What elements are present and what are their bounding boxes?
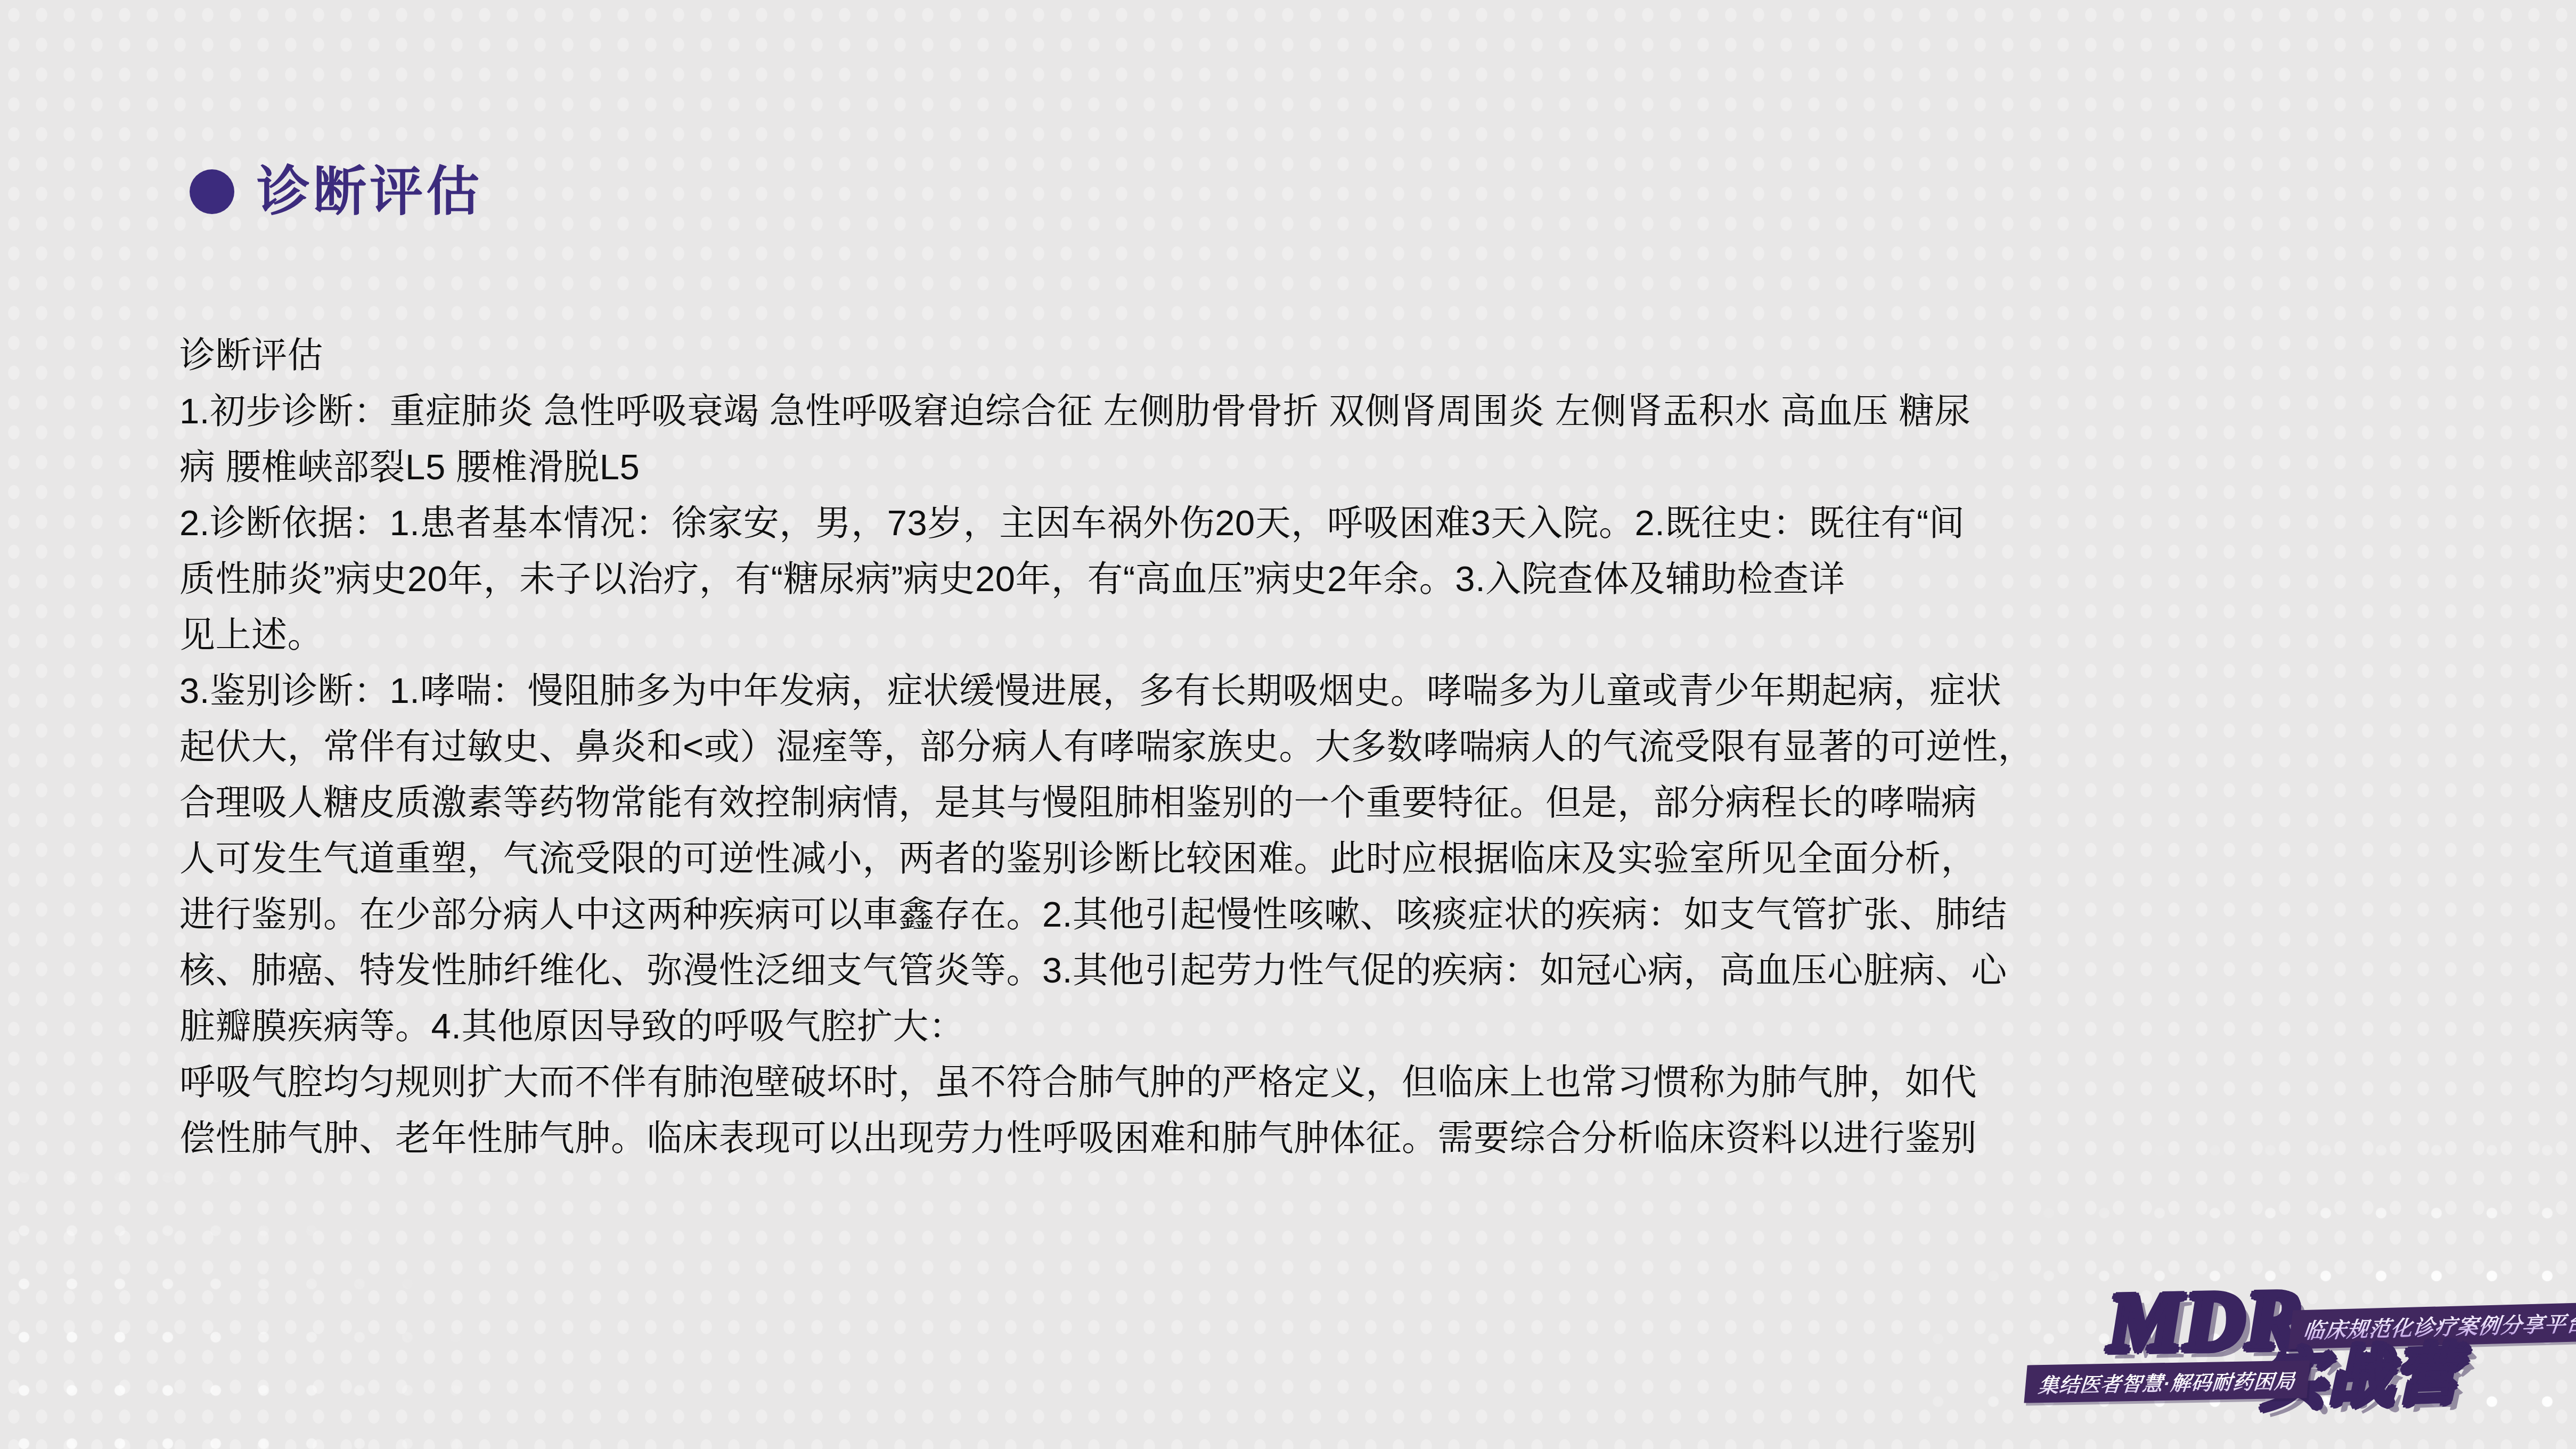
text-line: 起伏大，常伴有过敏史、鼻炎和<或）湿痓等，部分病人有哮喘家族史。大多数哮喘病人的… bbox=[179, 719, 2533, 775]
text-line: 2.诊断依据：1.患者基本情况：徐家安，男，73岁，主因车祸外伤20天，呼吸困难… bbox=[179, 495, 2533, 551]
text-line: 见上述。 bbox=[179, 607, 2533, 663]
text-line: 偿性肺气肿、老年性肺气肿。临床表现可以出现劳力性呼吸困难和肺气肿体征。需要综合分… bbox=[179, 1110, 2533, 1166]
text-line: 合理吸人糖皮质激素等药物常能有效控制病情，是其与慢阻肺相鉴别的一个重要特征。但是… bbox=[179, 775, 2533, 831]
halftone-dots-bottom-left bbox=[0, 1151, 479, 1449]
text-line: 3.鉴别诊断：1.哮喘：慢阻肺多为中年发病，症状缓慢进展，多有长期吸烟史。哮喘多… bbox=[179, 663, 2533, 719]
logo-tagline-bottom: 集结医者智慧·解码耐药困局 bbox=[2037, 1371, 2296, 1397]
text-line: 诊断评估 bbox=[179, 328, 2533, 383]
text-line: 人可发生气道重塑，气流受限的可逆性减小，两者的鉴别诊断比较困难。此时应根据临床及… bbox=[179, 831, 2533, 887]
slide-canvas: 诊断评估 诊断评估1.初步诊断：重症肺炎 急性呼吸衰竭 急性呼吸窘迫综合征 左侧… bbox=[0, 0, 2576, 1449]
text-line: 核、肺癌、特发性肺纤维化、弥漫性泛细支气管炎等。3.其他引起劳力性气促的疾病：如… bbox=[179, 943, 2533, 998]
logo-tagline-bottom-banner: 集结医者智慧·解码耐药困局 bbox=[2024, 1360, 2310, 1403]
text-line: 质性肺炎”病史20年，未子以治疗，有“糖尿病”病史20年，有“高血压”病史2年余… bbox=[179, 551, 2533, 607]
text-line: 1.初步诊断：重症肺炎 急性呼吸衰竭 急性呼吸窘迫综合征 左侧肋骨骨折 双侧肾周… bbox=[179, 383, 2533, 439]
text-line: 进行鉴别。在少部分病人中这两种疾病可以車鑫存在。2.其他引起慢性咳嗽、咳痰症状的… bbox=[179, 887, 2533, 943]
text-line: 病 腰椎峡部裂L5 腰椎滑脱L5 bbox=[179, 439, 2533, 495]
title-bullet-icon bbox=[190, 169, 234, 214]
mdr-logo: MDR 临床规范化诊疗案例分享平台 实战营 集结医者智慧·解码耐药困局 bbox=[2018, 1275, 2572, 1449]
text-line: 脏瓣膜疾病等。4.其他原因导致的呼吸气腔扩大： bbox=[179, 998, 2533, 1054]
page-title: 诊断评估 bbox=[257, 165, 483, 218]
text-line: 呼吸气腔均匀规则扩大而不伴有肺泡壁破坏时，虽不符合肺气肿的严格定义，但临床上也常… bbox=[179, 1054, 2533, 1110]
diagnosis-text-block: 诊断评估1.初步诊断：重症肺炎 急性呼吸衰竭 急性呼吸窘迫综合征 左侧肋骨骨折 … bbox=[179, 328, 2533, 1166]
slide-title-row: 诊断评估 bbox=[190, 165, 483, 218]
